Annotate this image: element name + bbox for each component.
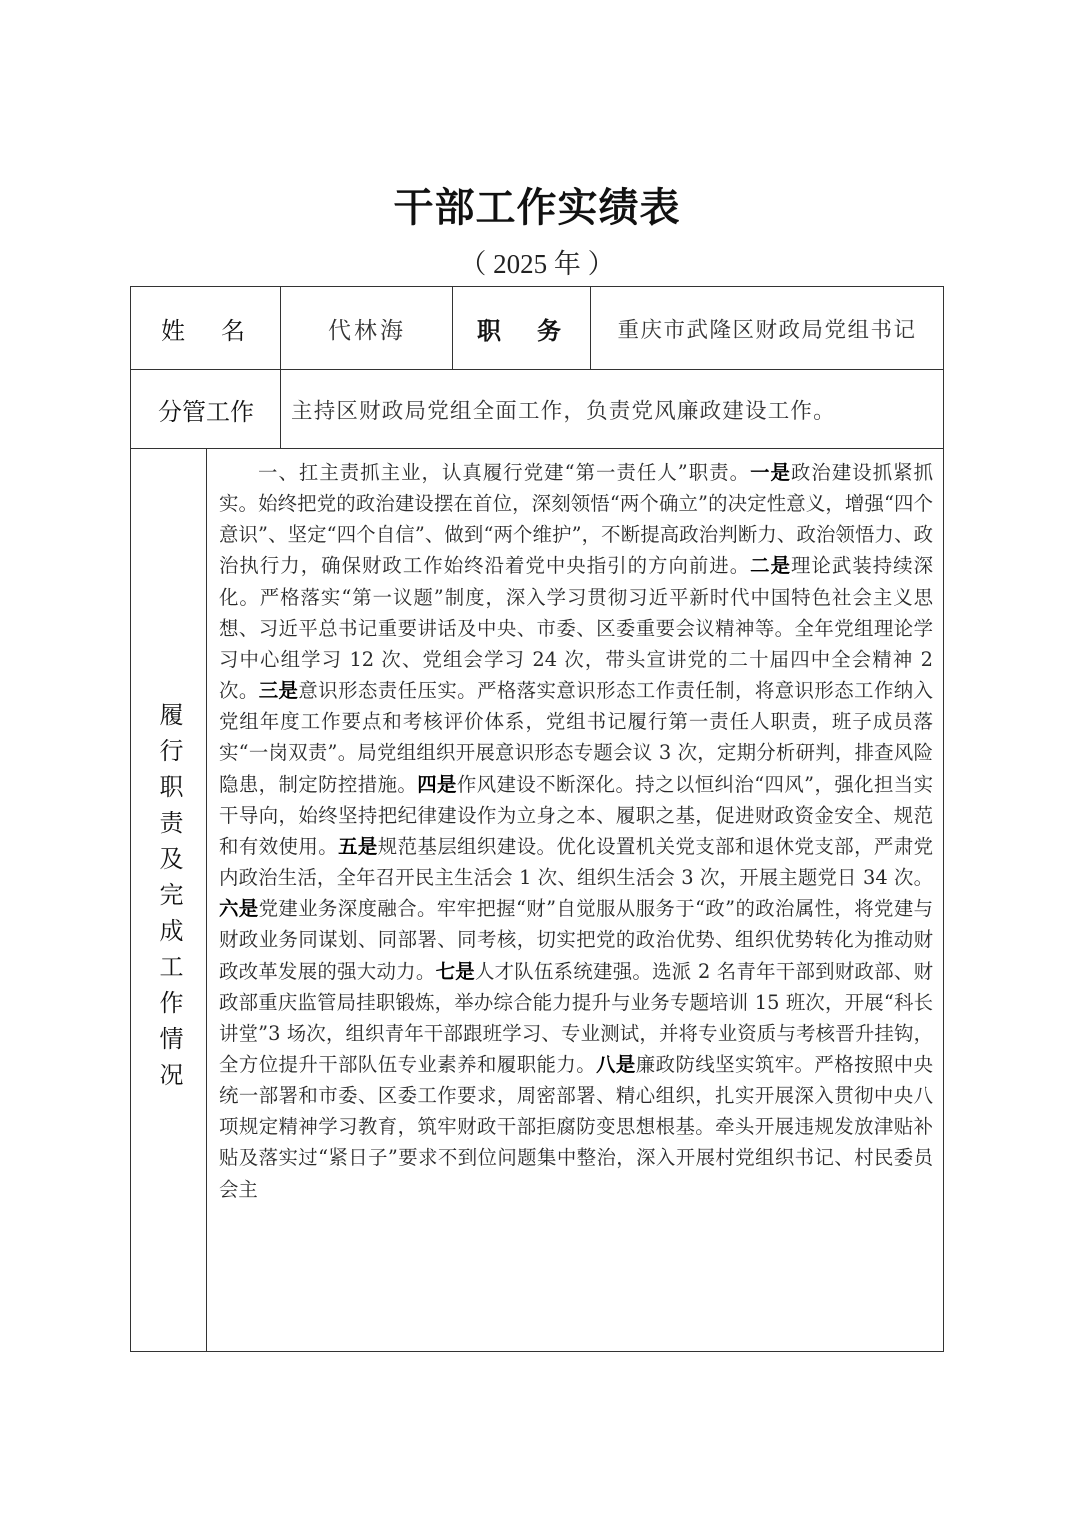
document-title: 干部工作实绩表: [0, 182, 1074, 234]
name-value: 代林海: [281, 287, 453, 370]
item-marker: 三是: [259, 679, 299, 702]
paragraph-text: 一、扛主责抓主业，认真履行党建“第一责任人”职责。: [258, 461, 750, 484]
item-marker: 一是: [750, 461, 791, 484]
item-marker: 二是: [750, 554, 791, 577]
position-label: 职 务: [453, 287, 591, 370]
document-year: （ 2025 年 ）: [0, 246, 1074, 282]
name-label: 姓 名: [131, 287, 281, 370]
responsibility-value: 主持区财政局党组全面工作，负责党风廉政建设工作。: [281, 370, 943, 449]
performance-label-cell: 履行职责及完成工作情况: [131, 449, 207, 1351]
item-marker: 八是: [596, 1053, 636, 1076]
item-marker: 四是: [417, 773, 457, 796]
item-marker: 五是: [338, 835, 378, 858]
performance-content: 一、扛主责抓主业，认真履行党建“第一责任人”职责。一是政治建设抓紧抓实。始终把党…: [207, 449, 943, 1351]
position-value: 重庆市武隆区财政局党组书记: [591, 287, 943, 370]
item-marker: 六是: [219, 897, 259, 920]
performance-table: 姓 名 代林海 职 务 重庆市武隆区财政局党组书记 分管工作 主持区财政局党组全…: [130, 286, 944, 1352]
responsibility-label: 分管工作: [131, 370, 281, 449]
performance-label: 履行职责及完成工作情况: [154, 702, 184, 1098]
item-marker: 七是: [436, 960, 475, 983]
